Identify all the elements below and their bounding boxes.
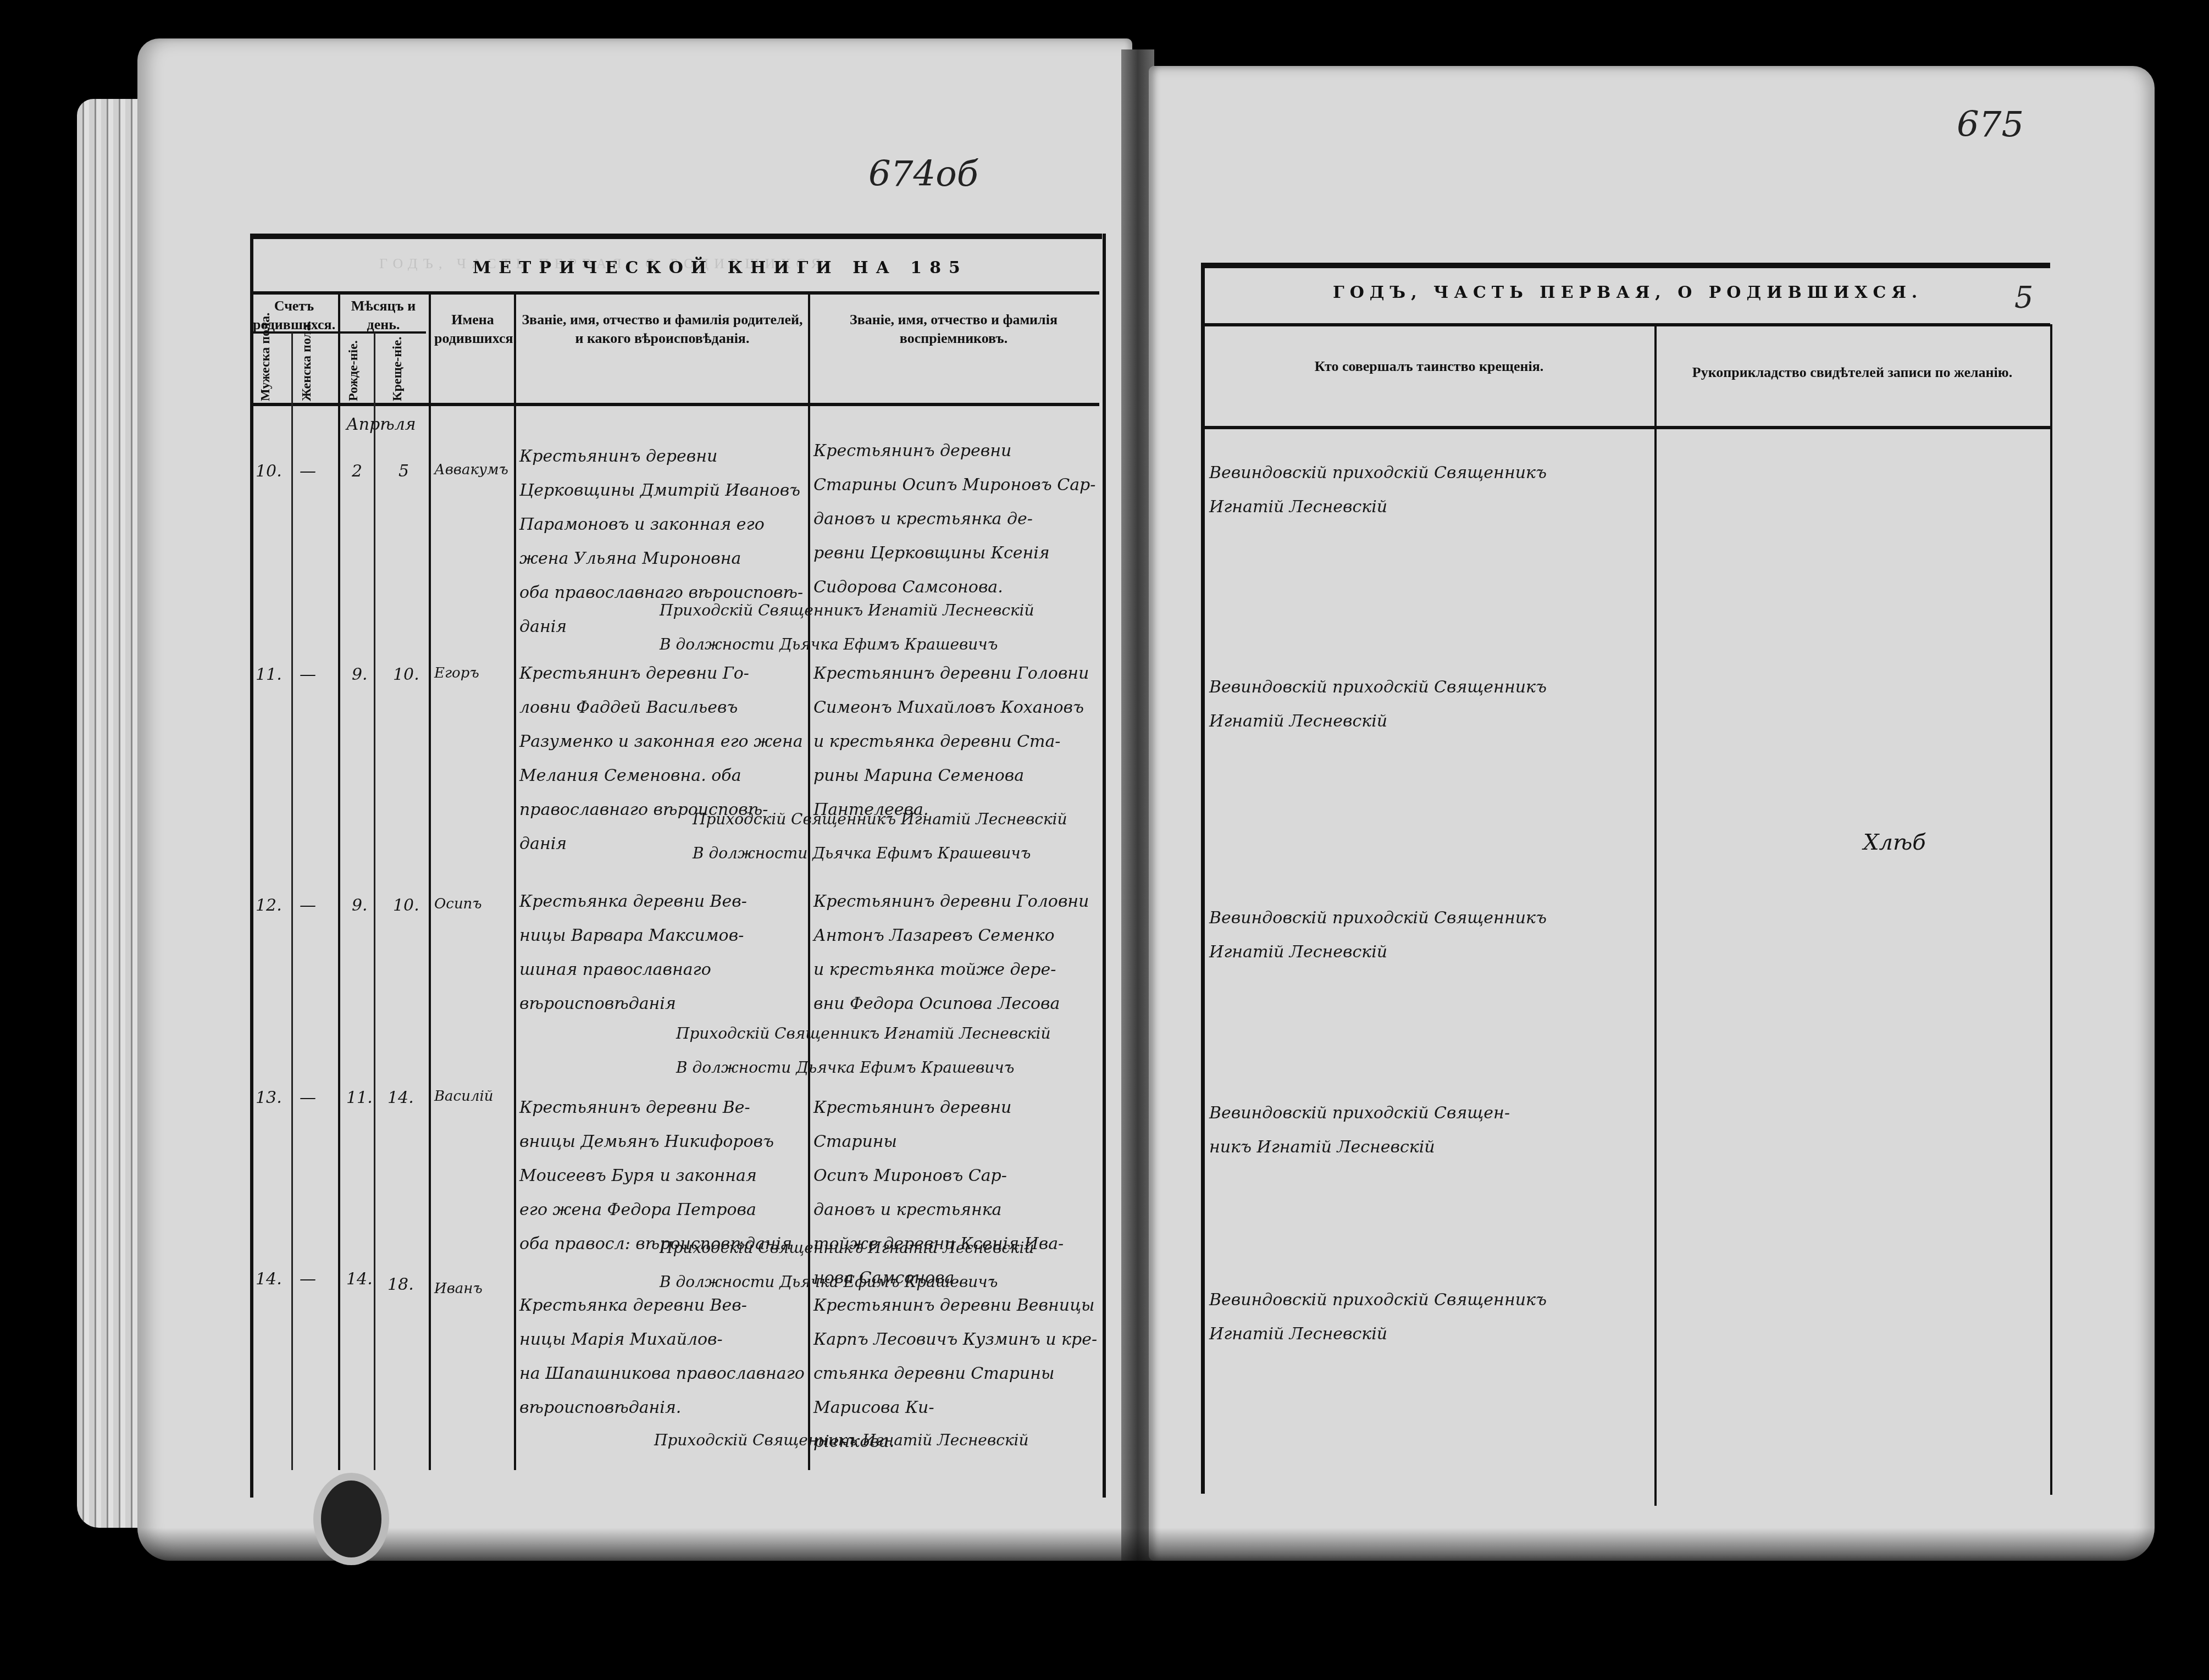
entry-birth-day: 9.: [352, 896, 368, 915]
page-bottom-shadow: [137, 1528, 2160, 1594]
header-bottom-rule: [253, 403, 1099, 406]
right-folio-number: 675: [1957, 104, 2024, 145]
entry-female-number: —: [300, 462, 316, 481]
col-divider-names: [514, 294, 516, 1470]
entry-child-name: Иванъ: [434, 1280, 483, 1297]
entry-baptism-day: 5: [398, 462, 409, 481]
header-male: Мужеска пола.: [258, 338, 273, 401]
col-divider-baptism: [429, 294, 431, 1470]
entry-attestation: Приходскій Священникъ Игнатій Лесневскій…: [660, 594, 1264, 662]
right-header-bottom-rule: [1204, 426, 2050, 429]
entry-baptism-day: 10.: [393, 665, 419, 684]
header-godparents: Званіе, имя, отчество и фамилія воспріем…: [813, 311, 1094, 348]
entry-attestation: Приходскій Священникъ Игнатій Лесневскій…: [676, 1017, 1281, 1085]
entry-who-baptized: Вевиндовскій приходскій Священникъ Игнат…: [1209, 670, 1660, 739]
entry-baptism-day: 18.: [387, 1275, 414, 1294]
entry-male-number: 11.: [256, 665, 282, 684]
sheet-number: 5: [2014, 280, 2033, 315]
entry-child-name: Аввакумъ: [434, 462, 508, 478]
entry-male-number: 13.: [256, 1088, 282, 1107]
binding-clip: [313, 1473, 389, 1565]
left-table-top-rule: [250, 234, 1102, 239]
entry-godparents: Крестьянинъ деревни Головни Симеонъ Миха…: [813, 657, 1099, 827]
entry-who-baptized: Вевиндовскій приходскій Священникъ Игнат…: [1209, 1283, 1660, 1351]
entry-female-number: —: [300, 1088, 316, 1107]
entry-parents: Крестьянка деревни Вев- ницы Марія Михай…: [519, 1289, 805, 1425]
header-baptism: Крещe-ніе.: [390, 338, 405, 401]
col-divider-birth: [374, 332, 375, 1470]
entry-male-number: 14.: [256, 1269, 282, 1289]
left-page-title: МЕТРИЧЕСКОЙ КНИГИ НА 185: [473, 258, 968, 278]
header-witnesses: Рукоприкладство свидѣтелей записи по жел…: [1660, 357, 2045, 388]
entry-birth-day: 9.: [352, 665, 368, 684]
month-label: Апрѣля: [346, 415, 416, 434]
entry-who-baptized: Вевиндовскій приходскій Священникъ Игнат…: [1209, 456, 1660, 524]
entry-child-name: Осипъ: [434, 896, 482, 912]
header-who-baptized: Кто совершалъ таинство крещенія.: [1209, 357, 1649, 376]
entry-baptism-day: 14.: [387, 1088, 414, 1107]
entry-who-baptized: Вевиндовскій приходскій Священникъ Игнат…: [1209, 901, 1660, 969]
col-divider-female: [338, 294, 340, 1470]
entry-child-name: Егоръ: [434, 665, 479, 681]
col-divider-male: [291, 332, 293, 1470]
left-folio-number: 674об: [868, 154, 978, 195]
right-header-top-rule: [1204, 323, 2050, 326]
right-table-top-rule: [1201, 263, 2050, 268]
right-table-right-border: [2050, 324, 2052, 1495]
entry-attestation: Приходскій Священникъ Игнатій Лесневскій…: [693, 802, 1297, 871]
entry-birth-day: 11.: [346, 1088, 373, 1107]
right-table-left-border: [1201, 263, 1205, 1494]
entry-female-number: —: [300, 1269, 316, 1289]
right-page-title: ГОДЪ, ЧАСТЬ ПЕРВАЯ, О РОДИВШИХСЯ.: [1333, 283, 1923, 302]
header-parents: Званіе, имя, отчество и фамилія родителе…: [519, 311, 805, 348]
entry-male-number: 10.: [256, 462, 282, 481]
header-month-day: Мѣсяцъ и день.: [338, 297, 429, 334]
entry-child-name: Василій: [434, 1088, 494, 1105]
entry-birth-day: 2: [352, 462, 362, 481]
header-female: Женска пола.: [300, 338, 314, 401]
entry-female-number: —: [300, 896, 316, 915]
header-birth: Рожде-ніе.: [346, 338, 361, 401]
entry-who-baptized: Вевиндовскій приходскій Священ- никъ Игн…: [1209, 1096, 1660, 1165]
entry-female-number: —: [300, 665, 316, 684]
header-top-rule: [253, 291, 1099, 295]
entry-birth-day: 14.: [346, 1269, 373, 1289]
entry-parents: Крестьянка деревни Вев- ницы Варвара Мак…: [519, 885, 805, 1021]
entry-male-number: 12.: [256, 896, 282, 915]
header-names: Имена родившихся.: [434, 311, 511, 348]
entry-attestation: Приходскій Священникъ Игнатій Лесневскій: [654, 1423, 1259, 1457]
entry-godparents: Крестьянинъ деревни Старины Осипъ Мироно…: [813, 434, 1099, 605]
entry-baptism-day: 10.: [393, 896, 419, 915]
entry-godparents: Крестьянинъ деревни Головни Антонъ Лазар…: [813, 885, 1099, 1021]
witness-mark: Хлѣб: [1863, 830, 1926, 855]
